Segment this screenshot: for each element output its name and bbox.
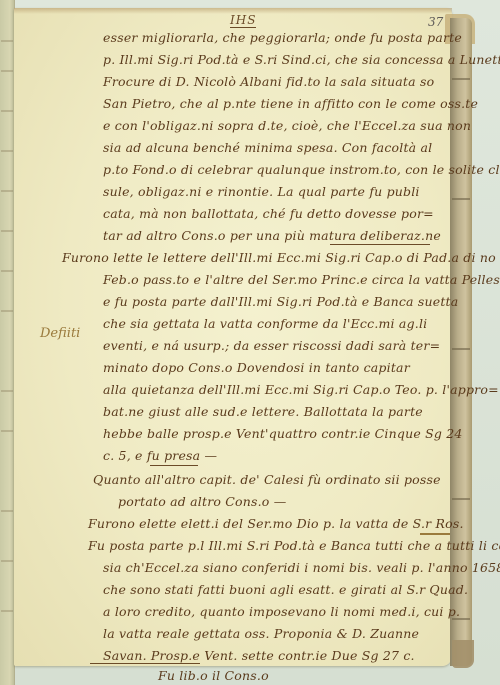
manuscript-line: alla quietanza dell'Ill.mi Ecc.mi Sig.ri… [103,382,499,397]
manuscript-line: tar ad altro Cons.o per una più matura d… [103,228,441,243]
manuscript-line: che sono stati fatti buoni agli esatt. e… [103,582,468,597]
manuscript-line: p.to Fond.o di celebrar qualunque instro… [103,162,500,177]
manuscript-line: che sia gettata la vatta conforme da l'E… [103,316,427,331]
manuscript-line: minato dopo Cons.o Dovendosi in tanto ca… [103,360,410,375]
manuscript-line: sia ad alcuna benché minima spesa. Con f… [103,140,432,155]
manuscript-line: San Pietro, che al p.nte tiene in affitt… [103,96,478,111]
manuscript-line: eventi, e ná usurp.; da esser riscossi d… [103,338,440,353]
manuscript-line: p. Ill.mi Sig.ri Pod.tà e S.ri Sind.ci, … [103,52,500,67]
manuscript-line: la vatta reale gettata oss. Proponia & D… [103,626,419,641]
manuscript-line: hebbe balle prosp.e Vent'quattro contr.i… [103,426,463,441]
manuscript-line: Furono lette le lettere dell'Ill.mi Ecc.… [62,250,496,265]
manuscript-line: a loro credito, quanto imposevano li nom… [103,604,460,619]
underline-rule [150,465,198,466]
manuscript-line: Quanto all'altro capit. de' Calesi fù or… [93,472,441,487]
underline-rule [90,663,200,664]
manuscript-line: portato ad altro Cons.o — [118,494,286,509]
underline-rule [420,533,450,535]
manuscript-line: Fu lib.o il Cons.o [158,668,269,683]
manuscript-line: e fu posta parte dall'Ill.mi Sig.ri Pod.… [103,294,458,309]
manuscript-line: cata, mà non ballottata, ché fu detto do… [103,206,434,221]
manuscript-line: Furono elette elett.i del Ser.mo Dio p. … [88,516,464,531]
manuscript-line: esser migliorarla, che peggiorarla; onde… [103,30,462,45]
adjacent-page-edge [0,0,15,685]
manuscript-line: sule, obligaz.ni e rinontie. La qual par… [103,184,420,199]
margin-note: Defiiti [40,326,80,341]
manuscript-line: Fu posta parte p.l Ill.mi S.ri Pod.tà e … [88,538,500,553]
header-mark: IHS [230,13,256,28]
manuscript-line: Feb.o pass.to e l'altre del Ser.mo Princ… [103,272,500,287]
manuscript-line: c. 5, e fu presa — [103,448,217,463]
binding-tab-bottom [452,640,474,668]
manuscript-line: bat.ne giust alle sud.e lettere. Ballott… [103,404,423,419]
folio-number: 37 [428,15,443,29]
manuscript-line: Savan. Prosp.e Vent. sette contr.ie Due … [103,648,415,663]
manuscript-line: sia ch'Eccel.za siano conferidi i nomi b… [103,560,500,575]
manuscript-line: Frocure di D. Nicolò Albani fid.to la sa… [103,74,434,89]
manuscript-line: e con l'obligaz.ni sopra d.te, cioè, che… [103,118,471,133]
underline-rule [330,244,430,245]
